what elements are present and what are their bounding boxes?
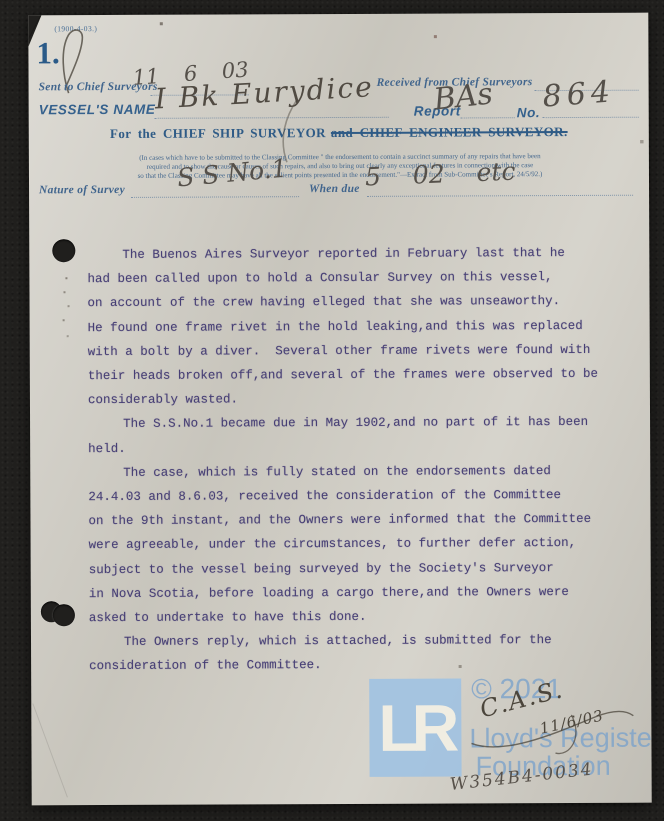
typewritten-line: asked to undertake to have this done.	[89, 604, 614, 630]
punch-hole	[53, 604, 75, 626]
typewritten-line: had been called upon to hold a Consular …	[87, 265, 612, 291]
instructions-line: so that the Classing Committee may have …	[67, 169, 613, 180]
typewritten-line: were agreeable, under the circumstances,…	[89, 531, 614, 557]
typewritten-line: on account of the crew having elleged th…	[87, 289, 612, 315]
scan-background: (1900-4-03.) 1. Sent to Chief Surveyors …	[0, 0, 664, 821]
report-no-handwriting: 864	[541, 74, 616, 114]
report-office-handwriting: BAs	[432, 76, 495, 117]
typewritten-line: their heads broken off,and several of th…	[88, 362, 613, 388]
heading-prefix: For the	[110, 126, 163, 141]
dotted-rule	[367, 195, 633, 197]
dotted-rule	[131, 196, 299, 198]
report-body: The Buenos Aires Surveyor reported in Fe…	[87, 241, 614, 679]
typewritten-line: He found one frame rivet in the hold lea…	[88, 313, 613, 339]
lloyds-register-logo: LR	[369, 678, 461, 776]
typewritten-line: in Nova Scotia, before loading a cargo t…	[89, 580, 614, 606]
bottom-crease	[32, 703, 68, 797]
instructions-note: (In cases which have to be submitted to …	[67, 152, 613, 181]
typewritten-line: held.	[88, 434, 613, 460]
typewritten-line: 24.4.03 and 8.6.03, received the conside…	[88, 483, 613, 509]
document-paper: (1900-4-03.) 1. Sent to Chief Surveyors …	[28, 13, 651, 806]
typewritten-line: The Buenos Aires Surveyor reported in Fe…	[87, 241, 612, 267]
typewritten-line: The Owners reply, which is attached, is …	[89, 628, 614, 654]
typewritten-line: on the 9th instant, and the Owners were …	[88, 507, 613, 533]
paper-specks	[28, 15, 30, 17]
typewritten-line: considerably wasted.	[88, 386, 613, 412]
typewritten-line: The case, which is fully stated on the e…	[88, 459, 613, 485]
report-no-label: No.	[517, 105, 541, 120]
typewritten-line: with a bolt by a diver. Several other fr…	[88, 338, 613, 364]
typewritten-line: The S.S.No.1 became due in May 1902,and …	[88, 410, 613, 436]
when-due-handwriting: 5 02 etc	[364, 157, 515, 192]
page-number: 1.	[36, 35, 59, 71]
nature-of-survey-label: Nature of Survey	[39, 184, 125, 196]
struck-chief-engineer-surveyor: and CHIEF ENGINEER SURVEYOR.	[331, 124, 568, 140]
vessel-name-label: VESSEL'S NAME	[39, 102, 156, 118]
heading-line: For the CHIEF SHIP SURVEYORand CHIEF ENG…	[29, 124, 649, 143]
dotted-rule	[461, 117, 515, 118]
typewritten-line: subject to the vessel being surveyed by …	[89, 555, 614, 581]
when-due-label: When due	[309, 183, 360, 195]
punch-hole	[52, 239, 75, 262]
dotted-rule	[543, 117, 639, 118]
